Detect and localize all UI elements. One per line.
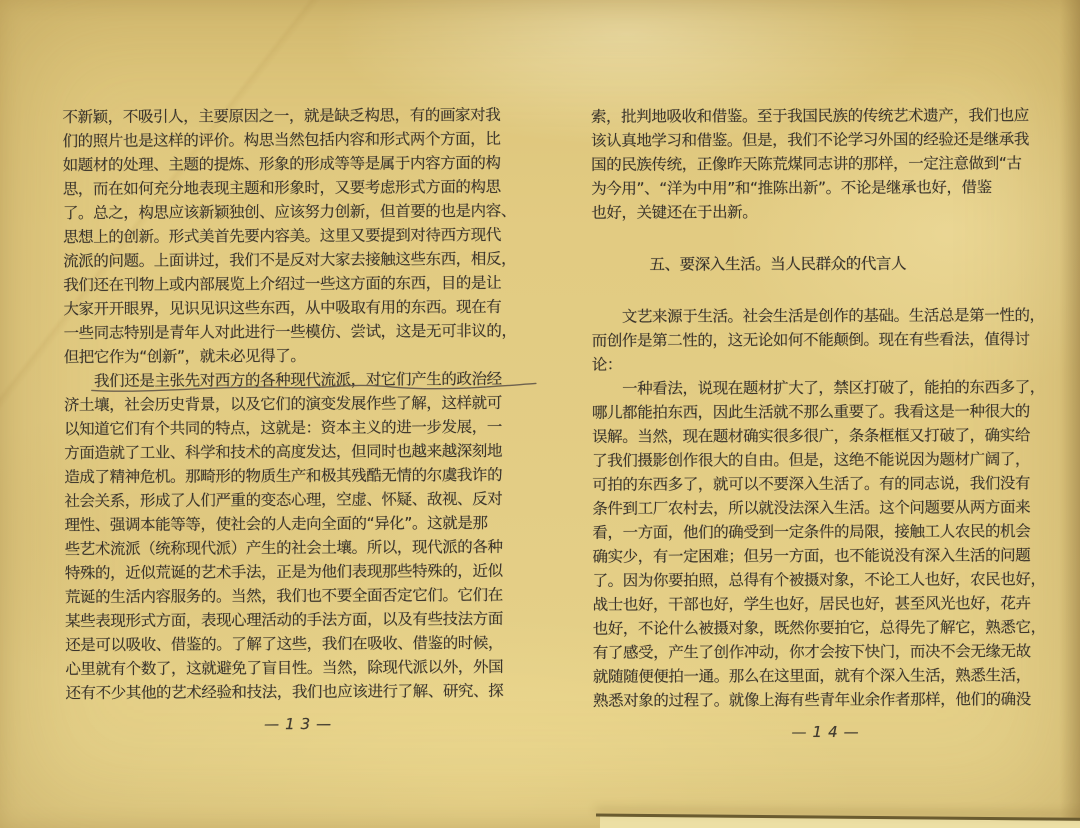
- text-line: 理性、强调本能等等，使社会的人走向全面的“异化”。这就是那: [64, 511, 534, 537]
- text-line: 有了感受，产生了创作冲动，你才会按下快门，而决不会无缘无故: [593, 639, 1063, 665]
- text-line: 该认真地学习和借鉴。但是，我们不论学习外国的经验还是继承我: [591, 127, 1061, 153]
- text-line: 也好，关键还在于出新。: [591, 199, 1061, 225]
- text-line: 看，一方面，他们的确受到一定条件的局限，接触工人农民的机会: [592, 519, 1062, 545]
- text-line: 荒诞的生活内容服务的。当然，我们也不要全面否定它们。它们在: [65, 583, 535, 609]
- text-line: 造成了精神危机。那畸形的物质生产和极其残酷无情的尔虞我诈的: [64, 463, 534, 489]
- text-line: 了我们摄影创作很大的自由。但是，这绝不能说因为题材广阔了，: [592, 447, 1062, 473]
- text-line: 我们还在刊物上或内部展览上介绍过一些这方面的东西，目的是让: [63, 271, 533, 297]
- text-line: 了。总之，构思应该新颖独创、应该努力创新，但首要的也是内容、: [63, 199, 533, 225]
- page-right-edge-shadow: [1060, 0, 1080, 828]
- text-line: 误解。当然，现在题材确实很多很广，条条框框又打破了，确实给: [592, 423, 1062, 449]
- text-line: 些艺术流派（统称现代派）产生的社会土壤。所以，现代派的各种: [65, 535, 535, 561]
- text-line: 而创作是第二性的，这无论如何不能颠倒。现在有些看法，值得讨: [592, 327, 1062, 353]
- hand-drawn-underline-icon: [90, 380, 538, 395]
- text-line: 就随随便便拍一通。那么在这里面，就有个深入生活，熟悉生活，: [593, 663, 1063, 689]
- right-page-number: —14—: [593, 722, 1063, 742]
- text-line: 一些同志特别是青年人对此进行一些模仿、尝试，这是无可非议的，: [63, 319, 533, 345]
- left-page-number: —13—: [66, 714, 536, 734]
- text-line: 社会关系，形成了人们严重的变态心理，空虚、怀疑、敌视、反对: [64, 487, 534, 513]
- text-line: 方面造就了工业、科学和技术的高度发达，但同时也越来越深刻地: [64, 439, 534, 465]
- text-line: 某些表现形式方面，表现心理活动的手法方面，以及有些技法方面: [65, 607, 535, 633]
- text-line: 确实少，有一定困难；但另一方面，也不能说没有深入生活的问题: [592, 543, 1062, 569]
- text-line: 索，批判地吸收和借鉴。至于我国民族的传统艺术遗产，我们也应: [591, 103, 1061, 129]
- text-line: 还是可以吸收、借鉴的。了解了这些，我们在吸收、借鉴的时候，: [65, 631, 535, 657]
- text-line: 可拍的东西多了，就可以不要深入生活了。有的同志说，我们没有: [592, 471, 1062, 497]
- text-line: 还有不少其他的艺术经验和技法，我们也应该进行了解、研究、探: [65, 679, 535, 705]
- text-line: 流派的问题。上面讲过，我们不是反对大家去接触这些东西，相反，: [63, 247, 533, 273]
- text-line: 了。因为你要拍照，总得有个被摄对象，不论工人也好，农民也好，: [593, 567, 1063, 593]
- text-line: 战士也好，干部也好，学生也好，居民也好，甚至风光也好，花卉: [593, 591, 1063, 617]
- text-line: 但把它作为“创新”，就未必见得了。: [64, 343, 534, 369]
- text-line: 思想上的创新。形式美首先要内容美。这里又要提到对待西方现代: [63, 223, 533, 249]
- right-page-text-column: 索，批判地吸收和借鉴。至于我国民族的传统艺术遗产，我们也应该认真地学习和借鉴。但…: [591, 103, 1063, 742]
- text-line: 为今用”、“洋为中用”和“推陈出新”。不论是继承也好，借鉴: [591, 175, 1061, 201]
- text-line: 特殊的，近似荒诞的艺术手法，正是为他们表现那些特殊的，近似: [65, 559, 535, 585]
- section-heading: 五、要深入生活。当人民群众的代言人: [591, 251, 1061, 277]
- text-line: 心里就有个数了，这就避免了盲目性。当然，除现代派以外，外国: [65, 655, 535, 681]
- text-line: 们的照片也是这样的评价。构思当然包括内容和形式两个方面，比: [62, 127, 532, 153]
- scanned-document-spread: 不新颖，不吸引人，主要原因之一，就是缺乏构思，有的画家对我们的照片也是这样的评价…: [0, 0, 1080, 828]
- text-line: 哪儿都能拍东西，因此生活就不那么重要了。我看这是一种很大的: [592, 399, 1062, 425]
- text-line: 以知道它们有个共同的特点，这就是：资本主义的进一步发展，一: [64, 415, 534, 441]
- left-page-text-column: 不新颖，不吸引人，主要原因之一，就是缺乏构思，有的画家对我们的照片也是这样的评价…: [62, 103, 535, 734]
- text-line: 论：: [592, 351, 1062, 377]
- text-line: 不新颖，不吸引人，主要原因之一，就是缺乏构思，有的画家对我: [62, 103, 532, 129]
- text-line: 如题材的处理、主题的提炼、形象的形成等等是属于内容方面的构: [63, 151, 533, 177]
- text-line: 大家开开眼界，见识见识这些东西，从中吸取有用的东西。现在有: [63, 295, 533, 321]
- text-line: 一种看法，说现在题材扩大了，禁区打破了，能拍的东西多了，: [592, 375, 1062, 401]
- text-line: 也好，不论什么被摄对象，既然你要拍它，总得先了解它，熟悉它，: [593, 615, 1063, 641]
- underlined-text-line: 我们还是主张先对西方的各种现代流派，对它们产生的政治经: [64, 367, 534, 393]
- text-line: 国的民族传统，正像昨天陈荒煤同志讲的那样，一定注意做到“古: [591, 151, 1061, 177]
- text-line: 条件到工厂农村去，所以就没法深入生活。这个问题要从两方面来: [592, 495, 1062, 521]
- text-line: 熟悉对象的过程了。就像上海有些青年业余作者那样，他们的确没: [593, 687, 1063, 713]
- text-line: 文艺来源于生活。社会生活是创作的基础。生活总是第一性的，: [592, 303, 1062, 329]
- text-line: 思，而在如何充分地表现主题和形象时，又要考虑形式方面的构思: [63, 175, 533, 201]
